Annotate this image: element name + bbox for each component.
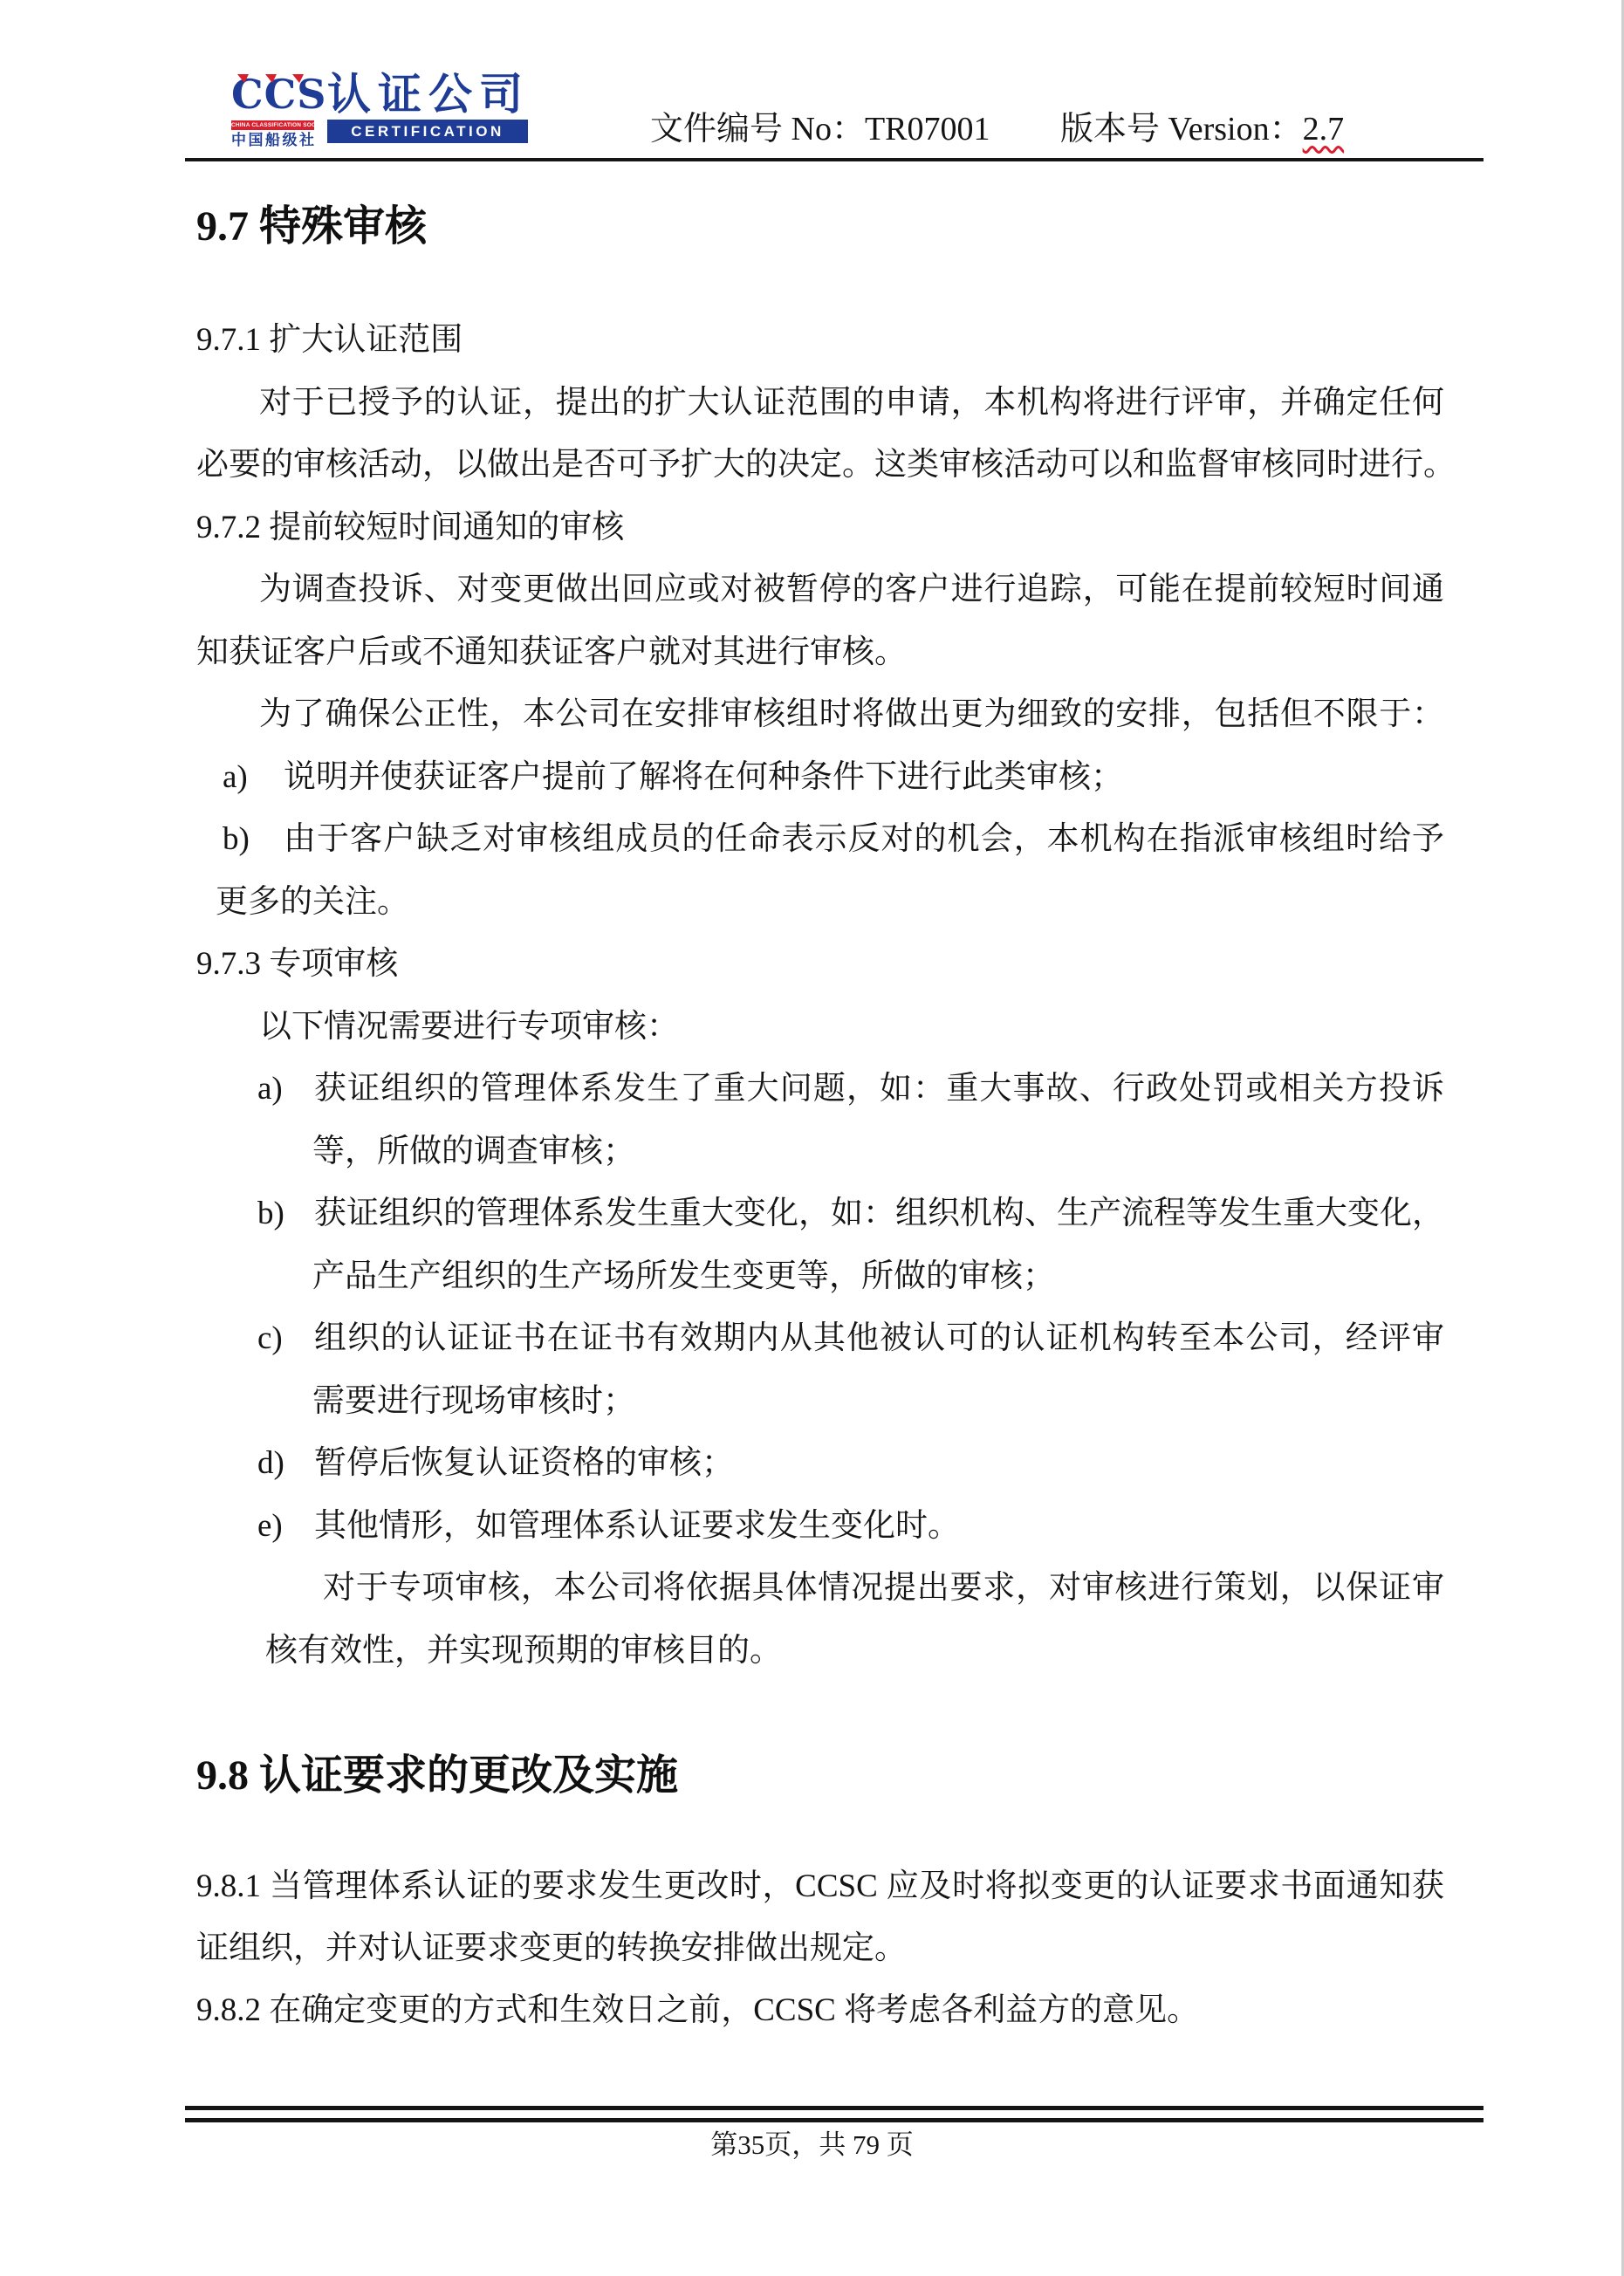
logo-society-cn: 中国船级社 — [231, 130, 314, 151]
doc-line: 对于专项审核，本公司将依据具体情况提出要求，对审核进行策划，以保证审 — [323, 1557, 1444, 1620]
list-marker: b) — [257, 1183, 314, 1245]
list-marker: b) — [223, 808, 284, 871]
header-version-label: 版本号 Version： — [1060, 111, 1303, 147]
doc-line: 为调查投诉、对变更做出回应或对被暂停的客户进行追踪，可能在提前较短时间通 — [259, 559, 1444, 621]
list-marker: c) — [257, 1307, 314, 1370]
logo-society-en: CHINA CLASSIFICATION SOCIETY — [231, 120, 314, 130]
list-text: 组织的认证证书在证书有效期内从其他被认可的认证机构转至本公司，经评审 — [314, 1307, 1444, 1370]
footer-page-number: 第35页，共 79 页 — [0, 2126, 1624, 2164]
list-text: 由于客户缺乏对审核组成员的任命表示反对的机会，本机构在指派审核组时给予 — [284, 808, 1444, 871]
subsection-9-8-1: 9.8.1 当管理体系认证的要求发生更改时，CCSC 应及时将拟变更的认证要求书… — [196, 1855, 1444, 1918]
header-version: 版本号 Version：2.7 — [1060, 105, 1344, 154]
doc-line: 证组织，并对认证要求变更的转换安排做出规定。 — [196, 1917, 907, 1980]
subsection-9-7-3: 9.7.3 专项审核 — [196, 933, 398, 996]
doc-line: 产品生产组织的生产场所发生变更等，所做的审核； — [312, 1245, 1055, 1308]
doc-line: 等，所做的调查审核； — [312, 1121, 635, 1183]
header-doc-number: 文件编号 No：TR07001 — [650, 105, 990, 154]
header-divider — [185, 158, 1484, 161]
list-item-a: a)获证组织的管理体系发生了重大问题，如：重大事故、行政处罚或相关方投诉 — [257, 1058, 1444, 1121]
doc-line: 核有效性，并实现预期的审核目的。 — [265, 1620, 782, 1683]
list-marker: a) — [257, 1058, 314, 1121]
list-text: 其他情形，如管理体系认证要求发生变化时。 — [314, 1495, 960, 1558]
list-item-b: b)获证组织的管理体系发生重大变化，如：组织机构、生产流程等发生重大变化， — [257, 1183, 1444, 1245]
list-item-e: e)其他情形，如管理体系认证要求发生变化时。 — [257, 1495, 960, 1558]
section-heading-9-8: 9.8 认证要求的更改及实施 — [196, 1745, 678, 1807]
ccs-logo: CCS CHINA CLASSIFICATION SOCIETY 中国船级社 认… — [231, 75, 528, 155]
section-heading-9-7: 9.7 特殊审核 — [196, 195, 427, 258]
doc-line: 必要的审核活动，以做出是否可予扩大的决定。这类审核活动可以和监督审核同时进行。 — [196, 434, 1444, 497]
logo-brand-en: CERTIFICATION — [327, 120, 528, 143]
list-text: 获证组织的管理体系发生了重大问题，如：重大事故、行政处罚或相关方投诉 — [314, 1058, 1444, 1121]
logo-brand-cn: 认证公司 — [327, 70, 530, 119]
doc-line: 更多的关注。 — [216, 871, 409, 934]
doc-line: 知获证客户后或不通知获证客户就对其进行审核。 — [196, 621, 907, 684]
list-text: 说明并使获证客户提前了解将在何种条件下进行此类审核； — [284, 746, 1123, 809]
list-item-a: a)说明并使获证客户提前了解将在何种条件下进行此类审核； — [223, 746, 1123, 809]
list-text: 暂停后恢复认证资格的审核； — [314, 1432, 734, 1495]
header-version-value: 2.7 — [1303, 111, 1345, 147]
subsection-9-7-2: 9.7.2 提前较短时间通知的审核 — [196, 497, 624, 559]
footer-divider-bottom — [185, 2118, 1484, 2122]
list-marker: a) — [223, 746, 284, 809]
list-marker: e) — [257, 1495, 314, 1558]
document-page: CCS CHINA CLASSIFICATION SOCIETY 中国船级社 认… — [0, 0, 1624, 2276]
list-text: 获证组织的管理体系发生重大变化，如：组织机构、生产流程等发生重大变化， — [314, 1183, 1444, 1245]
doc-line: 以下情况需要进行专项审核： — [259, 996, 679, 1059]
doc-line: 需要进行现场审核时； — [312, 1370, 635, 1433]
subsection-9-8-2: 9.8.2 在确定变更的方式和生效日之前，CCSC 将考虑各利益方的意见。 — [196, 1979, 1199, 2042]
list-item-c: c)组织的认证证书在证书有效期内从其他被认可的认证机构转至本公司，经评审 — [257, 1307, 1444, 1370]
footer-divider-top — [185, 2106, 1484, 2110]
subsection-9-7-1: 9.7.1 扩大认证范围 — [196, 309, 463, 372]
list-item-b: b)由于客户缺乏对审核组成员的任命表示反对的机会，本机构在指派审核组时给予 — [223, 808, 1444, 871]
doc-line: 为了确保公正性，本公司在安排审核组时将做出更为细致的安排，包括但不限于： — [259, 683, 1444, 746]
doc-line: 对于已授予的认证，提出的扩大认证范围的申请，本机构将进行评审，并确定任何 — [259, 372, 1444, 435]
list-item-d: d)暂停后恢复认证资格的审核； — [257, 1432, 734, 1495]
list-marker: d) — [257, 1432, 314, 1495]
